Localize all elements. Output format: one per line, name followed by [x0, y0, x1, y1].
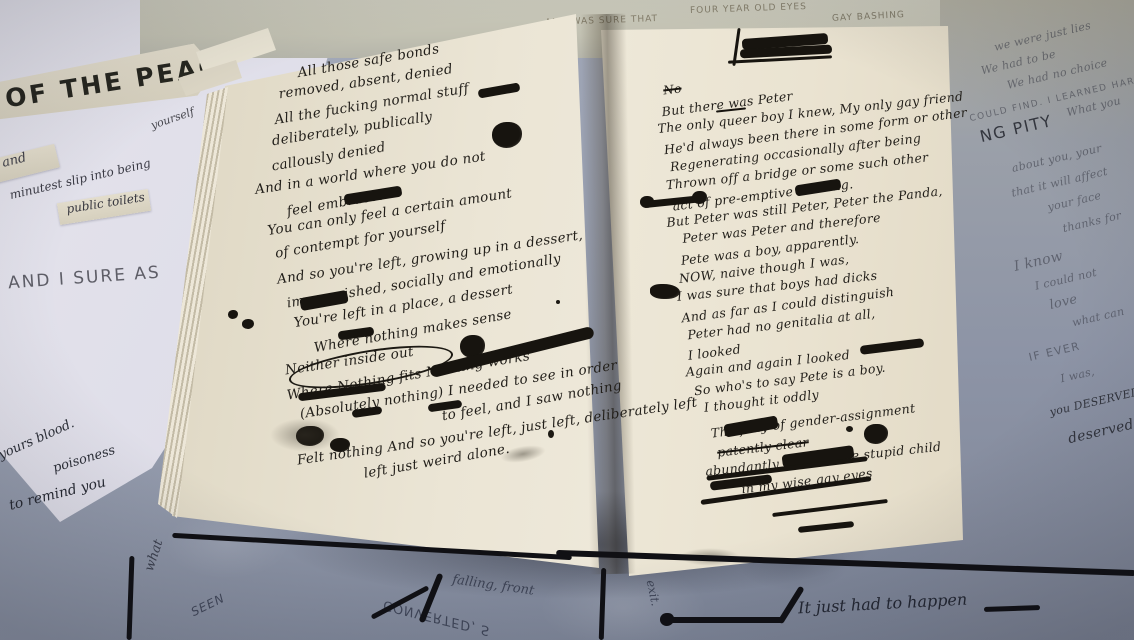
photo-scene: OF THE PEACE and minutest slip into bein… [0, 0, 1134, 640]
ink-blot [650, 284, 680, 299]
ink-speck [556, 300, 560, 304]
stand-rod [666, 617, 784, 623]
ink-speck [548, 430, 554, 438]
ink-speck [846, 426, 853, 432]
right-page-text: NoBut there was PeterThe only queer boy … [650, 42, 1026, 499]
ink-smudge [270, 418, 340, 452]
